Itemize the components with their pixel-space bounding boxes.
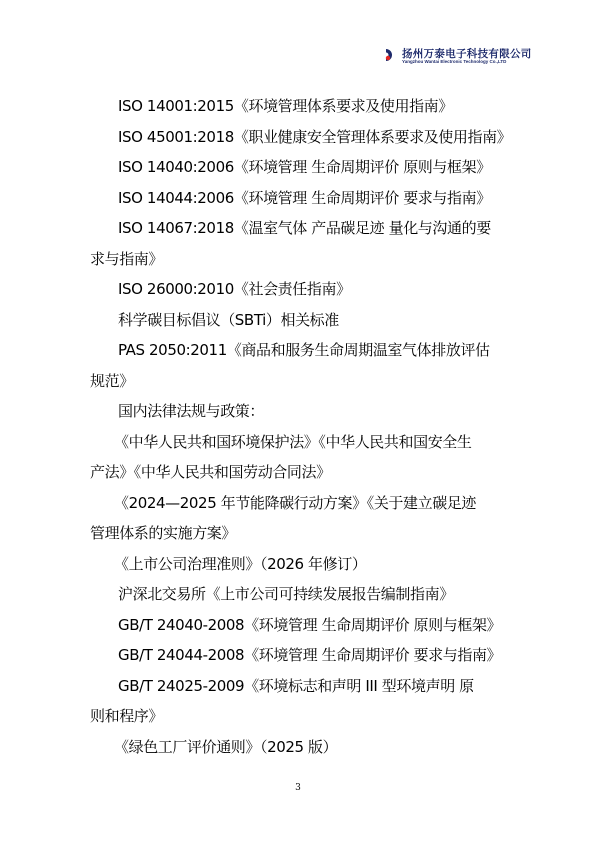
paragraph-continuation: 则和程序》 xyxy=(90,701,520,732)
paragraph-continuation: 规范》 xyxy=(90,366,520,397)
paragraph: 沪深北交易所《上市公司可持续发展报告编制指南》 xyxy=(90,579,520,610)
paragraph: 《2024—2025 年节能降碳行动方案》《关于建立碳足迹 xyxy=(90,488,520,519)
paragraph: GB/T 24040-2008《环境管理 生命周期评价 原则与框架》 xyxy=(90,610,520,641)
paragraph: 科学碳目标倡议（SBTi）相关标准 xyxy=(90,305,520,336)
paragraph-continuation: 产法》《中华人民共和国劳动合同法》 xyxy=(90,457,520,488)
paragraph: 《中华人民共和国环境保护法》《中华人民共和国安全生 xyxy=(90,427,520,458)
paragraph: ISO 26000:2010《社会责任指南》 xyxy=(90,274,520,305)
paragraph-continuation: 求与指南》 xyxy=(90,244,520,275)
paragraph: GB/T 24025-2009《环境标志和声明 III 型环境声明 原 xyxy=(90,671,520,702)
paragraph: ISO 14040:2006《环境管理 生命周期评价 原则与框架》 xyxy=(90,152,520,183)
paragraph: ISO 14067:2018《温室气体 产品碳足迹 量化与沟通的要 xyxy=(90,213,520,244)
page-number: 3 xyxy=(0,783,596,793)
paragraph: GB/T 24044-2008《环境管理 生命周期评价 要求与指南》 xyxy=(90,640,520,671)
paragraph: ISO 45001:2018《职业健康安全管理体系要求及使用指南》 xyxy=(90,122,520,153)
company-logo-icon xyxy=(384,48,398,62)
paragraph: ISO 14001:2015《环境管理体系要求及使用指南》 xyxy=(90,91,520,122)
paragraph: 《绿色工厂评价通则》（2025 版） xyxy=(90,732,520,763)
paragraph-continuation: 管理体系的实施方案》 xyxy=(90,518,520,549)
page-header: 扬州万泰电子科技有限公司 Yangzhou Wantai Electronic … xyxy=(384,46,534,70)
section-heading: 国内法律法规与政策： xyxy=(90,396,520,427)
company-name-en: Yangzhou Wantai Electronic Technology Co… xyxy=(402,59,506,64)
document-body: ISO 14001:2015《环境管理体系要求及使用指南》 ISO 45001:… xyxy=(90,91,520,762)
paragraph: 《上市公司治理准则》（2026 年修订） xyxy=(90,549,520,580)
paragraph: ISO 14044:2006《环境管理 生命周期评价 要求与指南》 xyxy=(90,183,520,214)
paragraph: PAS 2050:2011《商品和服务生命周期温室气体排放评估 xyxy=(90,335,520,366)
